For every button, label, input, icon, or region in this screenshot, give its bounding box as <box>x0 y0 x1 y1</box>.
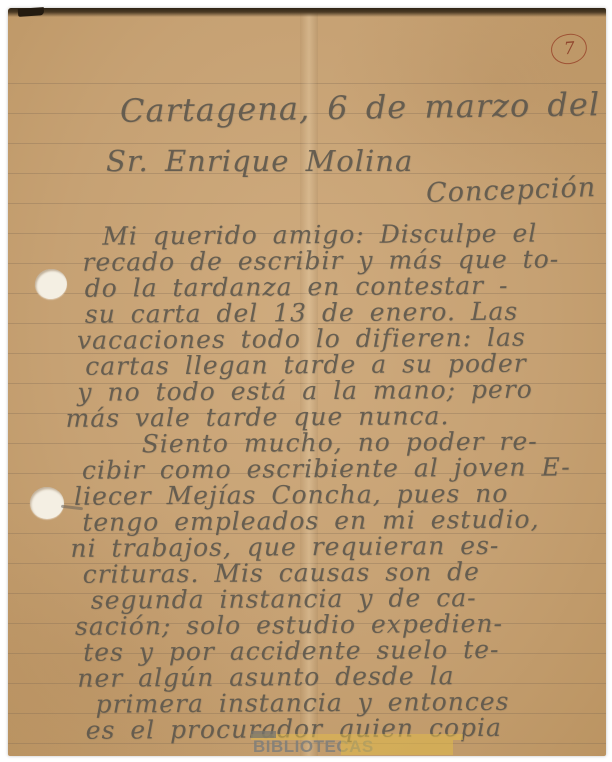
hole-punch-bottom <box>30 487 64 519</box>
handwritten-line: segunda instancia y de ca- <box>91 584 611 614</box>
paper-sheet: 7 Cartagena, 6 de marzo del 917 Sr. Enri… <box>8 8 606 756</box>
handwritten-line: ni trabajos, que requieran es- <box>70 532 610 562</box>
paper-top-edge <box>8 8 606 17</box>
page-number-circle: 7 <box>549 31 589 66</box>
recipient-line: Sr. Enrique Molina <box>106 144 413 178</box>
handwritten-line: ner algún asunto desde la <box>77 662 611 692</box>
handwritten-line: primera instancia y entonces <box>95 688 611 718</box>
handwritten-line: cibir como escribiente al joven E- <box>82 454 610 484</box>
scanned-letter-page: 7 Cartagena, 6 de marzo del 917 Sr. Enri… <box>0 0 612 762</box>
handwritten-line: Siento mucho, no poder re- <box>142 428 610 457</box>
handwritten-line: tengo empleados en mi estudio, <box>82 506 610 536</box>
handwritten-line: do la tardanza en contestar - <box>85 272 609 302</box>
recipient-city: Concepción <box>426 172 597 209</box>
page-number: 7 <box>563 39 576 60</box>
handwritten-line: recado de escribir y más que to- <box>82 246 608 276</box>
handwritten-line: vacaciones todo lo difieren: las <box>77 324 609 354</box>
date-line: Cartagena, 6 de marzo del 917 <box>120 84 612 130</box>
letter-body: Mi querido amigo: Disculpe elrecado de e… <box>60 220 612 744</box>
handwritten-line: Mi querido amigo: Disculpe el <box>102 220 608 250</box>
handwritten-line: cartas llegan tarde a su poder <box>85 350 609 380</box>
handwritten-line: y no todo está a la mano; pero <box>77 376 609 406</box>
watermark-yellow-block <box>341 740 453 755</box>
handwritten-line: liecer Mejías Concha, pues no <box>74 480 610 510</box>
handwritten-line: más vale tarde que nunca. <box>65 402 609 432</box>
handwritten-line: crituras. Mis causas son de <box>83 558 611 588</box>
handwritten-line: su carta del 13 de enero. Las <box>85 298 609 328</box>
handwritten-line: sación; solo estudio expedien- <box>75 610 611 640</box>
handwritten-line: tes y por accidente suelo te- <box>83 636 611 666</box>
